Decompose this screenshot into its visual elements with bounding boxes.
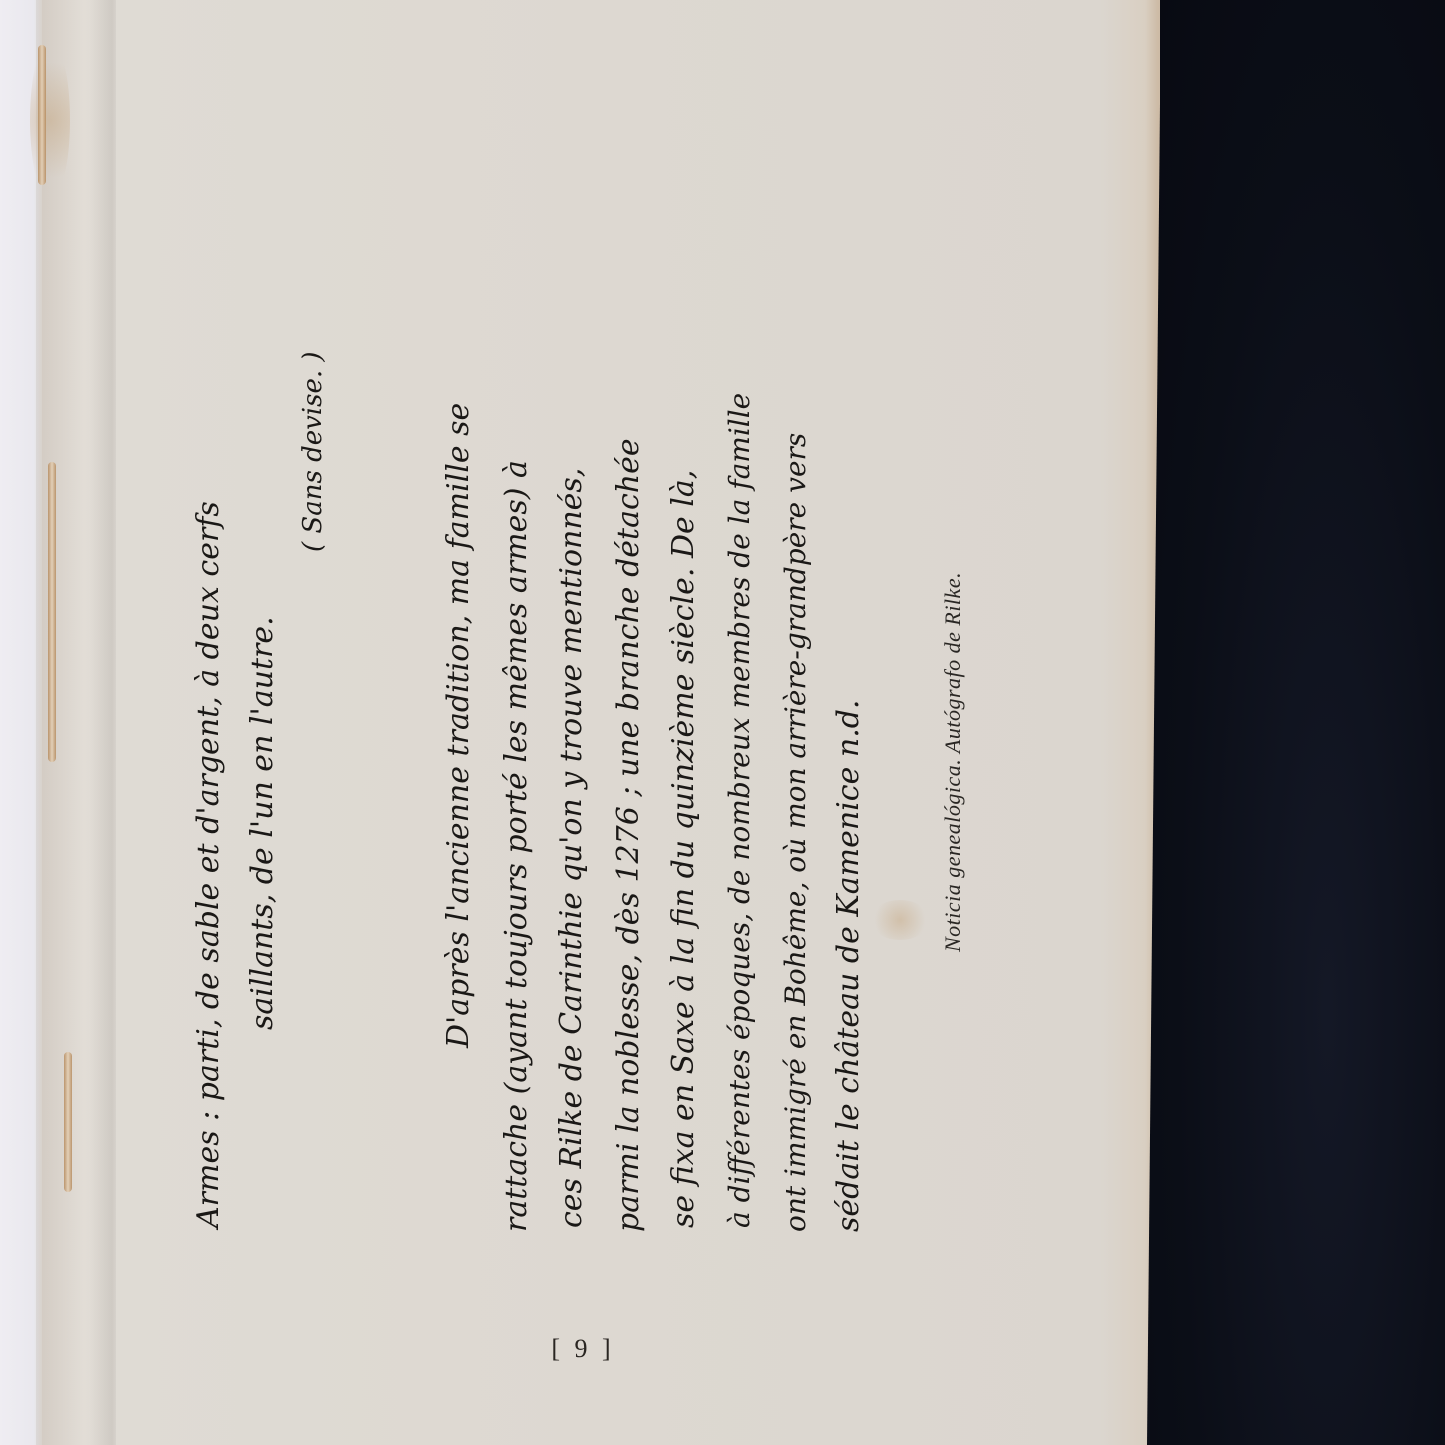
binding-stain [30, 40, 70, 200]
paragraph-line: ces Rilke de Carinthie qu'on y trouve me… [557, 468, 587, 1228]
dark-background [1150, 0, 1445, 1445]
page-number: [ 9 ] [548, 1334, 618, 1364]
binding-stitch [48, 462, 56, 762]
paragraph-line: rattache (ayant toujours porté les mêmes… [502, 460, 532, 1232]
heraldry-line-1: Armes : parti, de sable et d'argent, à d… [194, 501, 224, 1228]
paragraph-line: ont immigré en Bohême, où mon arrière-gr… [782, 433, 810, 1232]
paragraph-line: D'après l'ancienne tradition, ma famille… [444, 403, 474, 1048]
binding-stitch [38, 45, 46, 185]
heraldry-line-3: ( Sans devise. ) [300, 351, 326, 552]
binding-stitch [64, 1052, 72, 1192]
paragraph-line: parmi la noblesse, dès 1276 ; une branch… [614, 438, 644, 1232]
heraldry-line-2: saillants, de l'un en l'autre. [248, 616, 278, 1030]
paragraph-line: sédait le château de Kamenice n.d. [834, 700, 864, 1232]
paragraph-line: se fixa en Saxe à la fin du quinzième si… [669, 470, 699, 1228]
foxing-spot [870, 900, 930, 940]
paragraph-line: à différentes époques, de nombreux membr… [726, 393, 754, 1228]
figure-caption: Noticia genealógica. Autógrafo de Rilke. [942, 572, 964, 952]
